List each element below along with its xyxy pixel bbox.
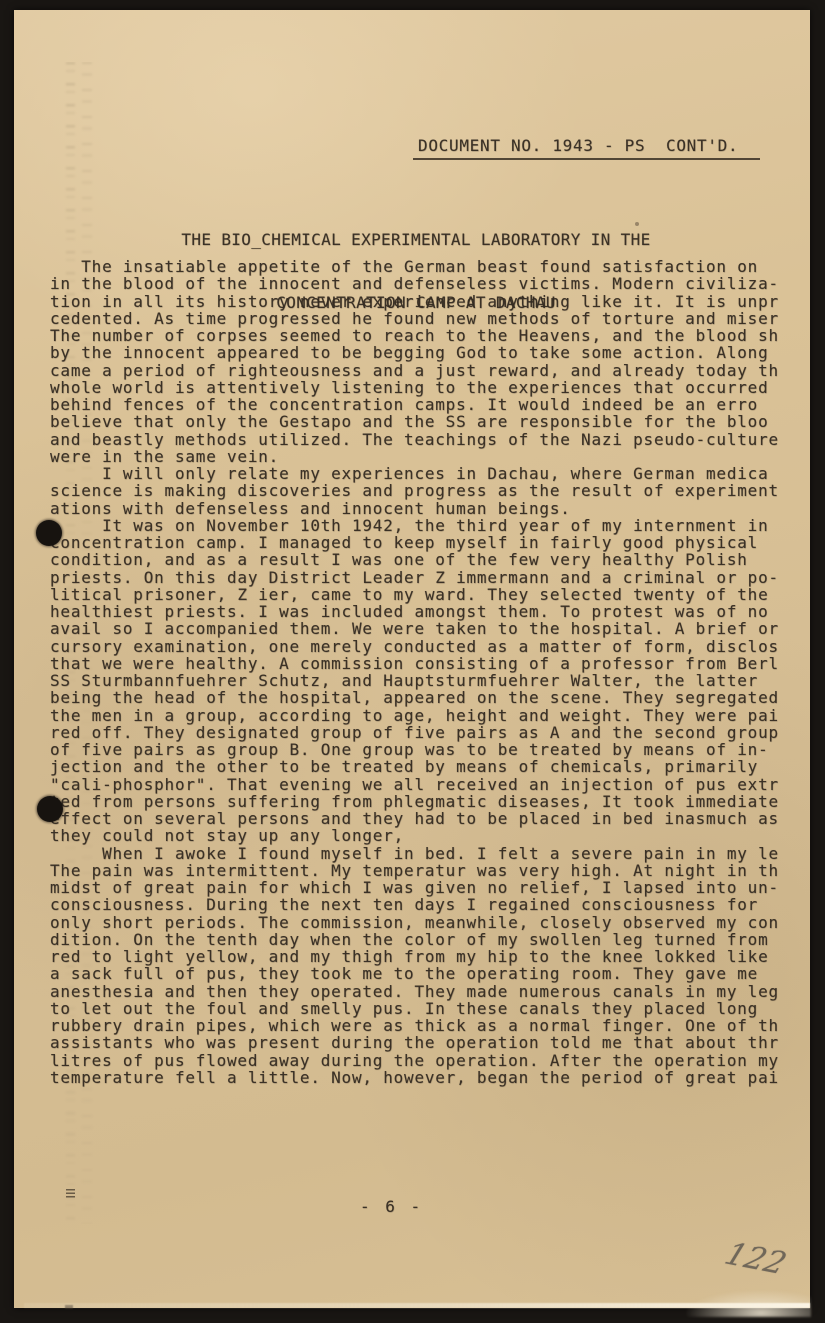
hole-punch-bottom xyxy=(37,796,63,822)
scanned-document-background: DOCUMENT NO. 1943 - PS CONT'D. THE BIO_C… xyxy=(0,0,825,1323)
document-title-line1: THE BIO_CHEMICAL EXPERIMENTAL LABORATORY… xyxy=(60,229,772,250)
document-body-text: The insatiable appetite of the German be… xyxy=(50,258,808,1096)
document-number-header: DOCUMENT NO. 1943 - PS CONT'D. xyxy=(413,136,760,160)
ink-speck xyxy=(65,1305,73,1309)
paper-corner-chip xyxy=(686,1290,811,1317)
hole-punch-top xyxy=(36,520,62,546)
ink-speck xyxy=(66,1189,75,1198)
page-number: - 6 - xyxy=(360,1197,423,1216)
